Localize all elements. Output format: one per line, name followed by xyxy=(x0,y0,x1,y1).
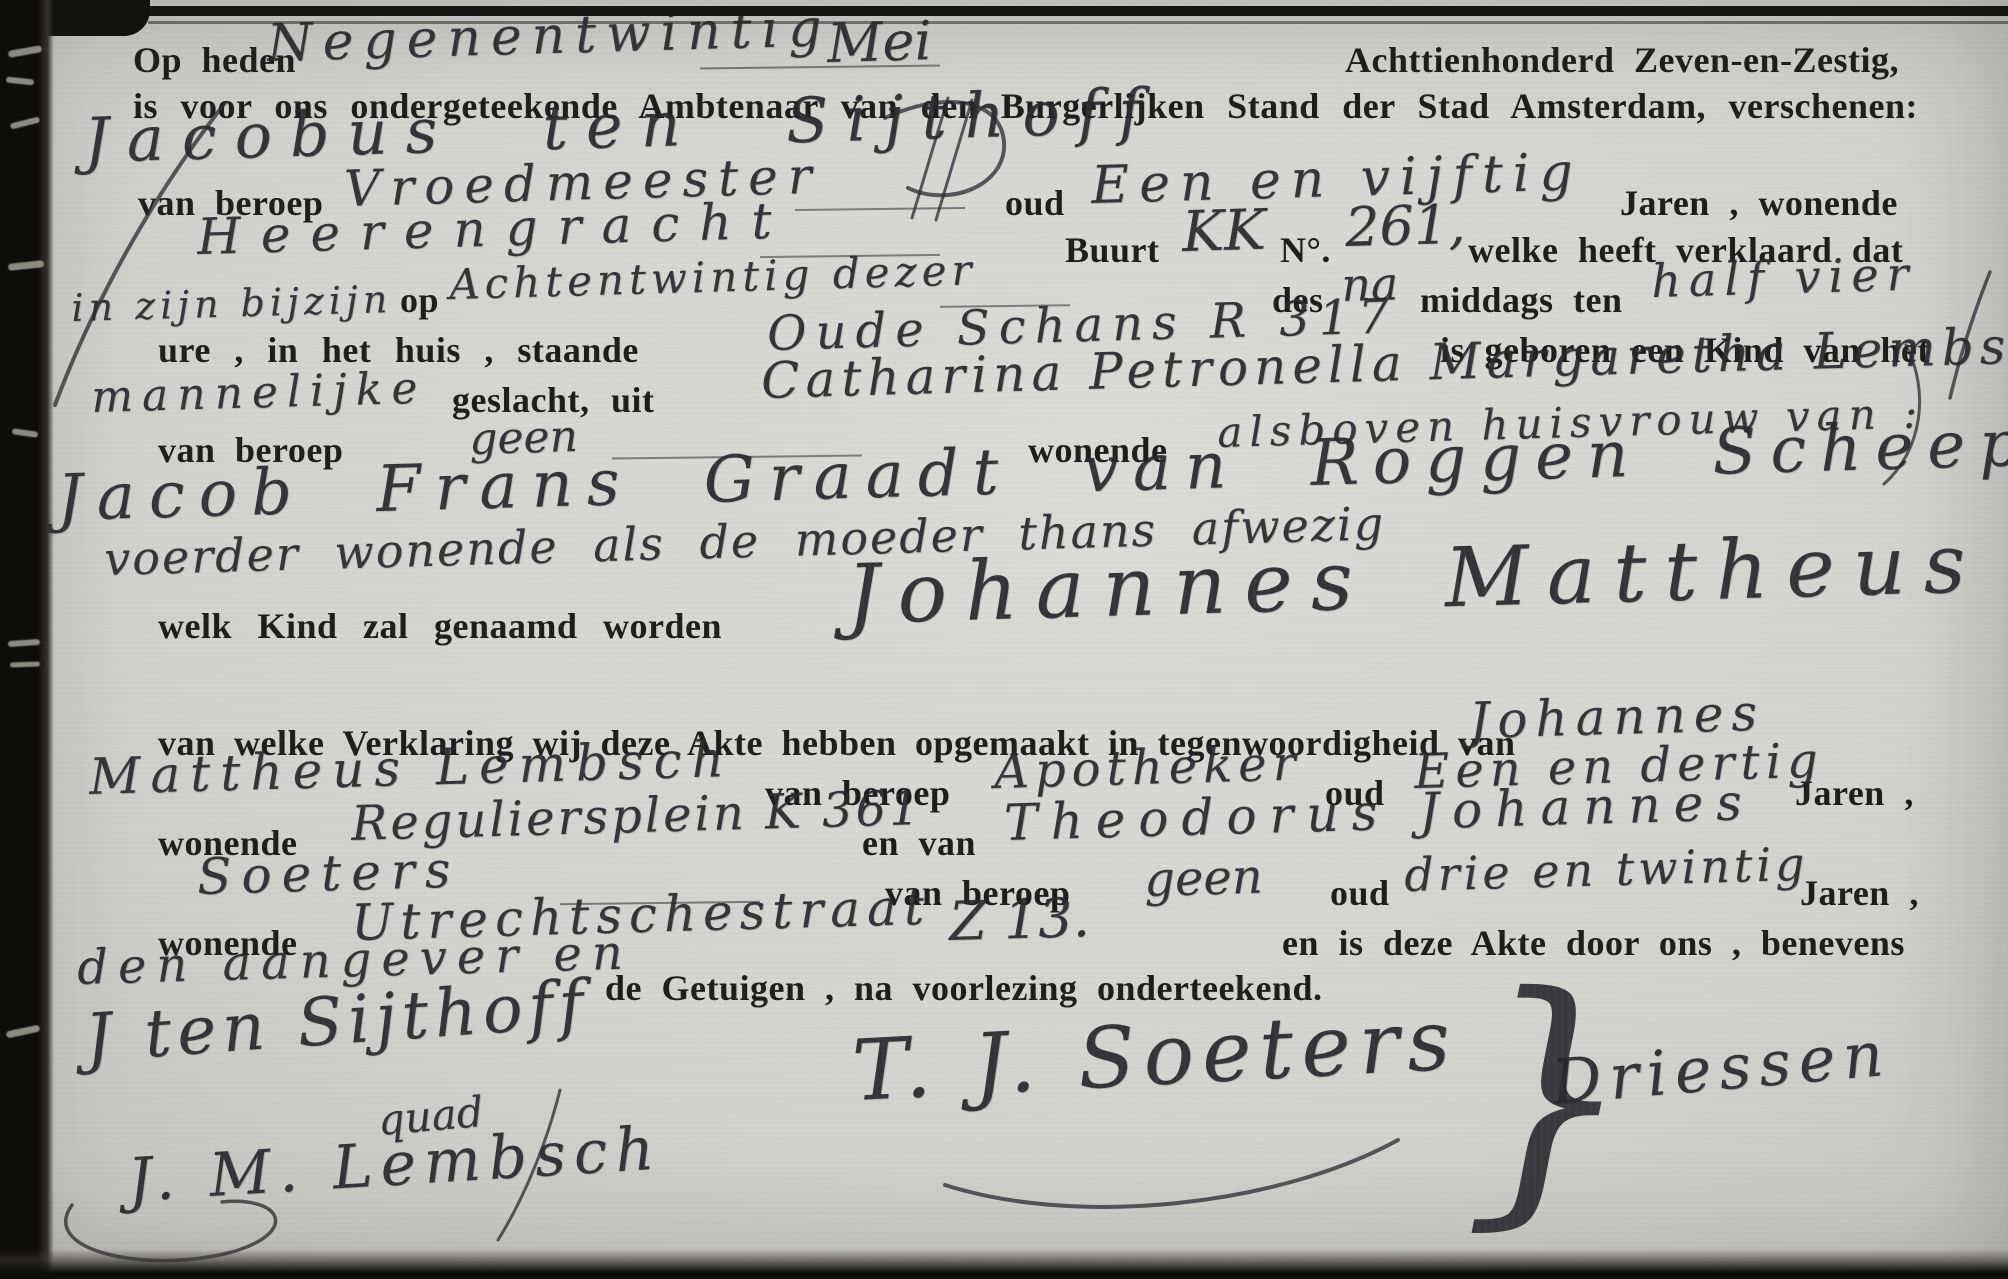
printed-kind-genaamd: welk Kind zal genaamd worden xyxy=(158,605,722,647)
handwritten-presence: in zijn bijzijn xyxy=(71,277,393,330)
printed-jaren-wonende: Jaren , wonende xyxy=(1620,182,1898,224)
printed-no: N°. xyxy=(1280,229,1331,271)
handwritten-witness2-occupation: geen xyxy=(1143,849,1263,908)
signature-witness-soeters: T. J. Soeters xyxy=(850,990,1461,1120)
certificate-scan: Op heden Negenentwintig Mei Achttienhond… xyxy=(0,0,2008,1279)
printed-buurt: Buurt xyxy=(1065,229,1160,271)
signature-witness-lembsch: J. M. Lembsch xyxy=(126,1113,664,1216)
top-rule-thin xyxy=(148,21,2008,24)
printed-oud: oud xyxy=(1005,182,1065,224)
printed-en-van: en van xyxy=(862,822,976,864)
printed-op: op xyxy=(400,279,439,321)
printed-jaren: Jaren , xyxy=(1800,872,1919,914)
printed-jaren: Jaren , xyxy=(1795,772,1914,814)
handwritten-house-number: 261, xyxy=(1344,193,1466,259)
handwritten-witness2-housenumber: Z 13. xyxy=(948,886,1090,953)
handwritten-buurt-code: KK xyxy=(1181,198,1266,265)
handwritten-gender: mannelijke xyxy=(91,363,427,423)
printed-middags-ten: middags ten xyxy=(1420,279,1623,321)
binding-bleed-mark xyxy=(10,661,40,667)
printed-oud: oud xyxy=(1330,872,1390,914)
handwritten-age: Een en vijftig xyxy=(1090,142,1583,216)
scan-bottom-shadow xyxy=(0,1249,2008,1279)
top-rule-thick xyxy=(148,6,2008,16)
handwritten-time: half vier xyxy=(1650,247,1917,308)
printed-year: Achttienhonderd Zeven-en-Zestig, xyxy=(1345,39,1899,81)
ink-dash xyxy=(795,207,965,211)
handwritten-witness2-age: drie en twintig xyxy=(1403,837,1809,902)
